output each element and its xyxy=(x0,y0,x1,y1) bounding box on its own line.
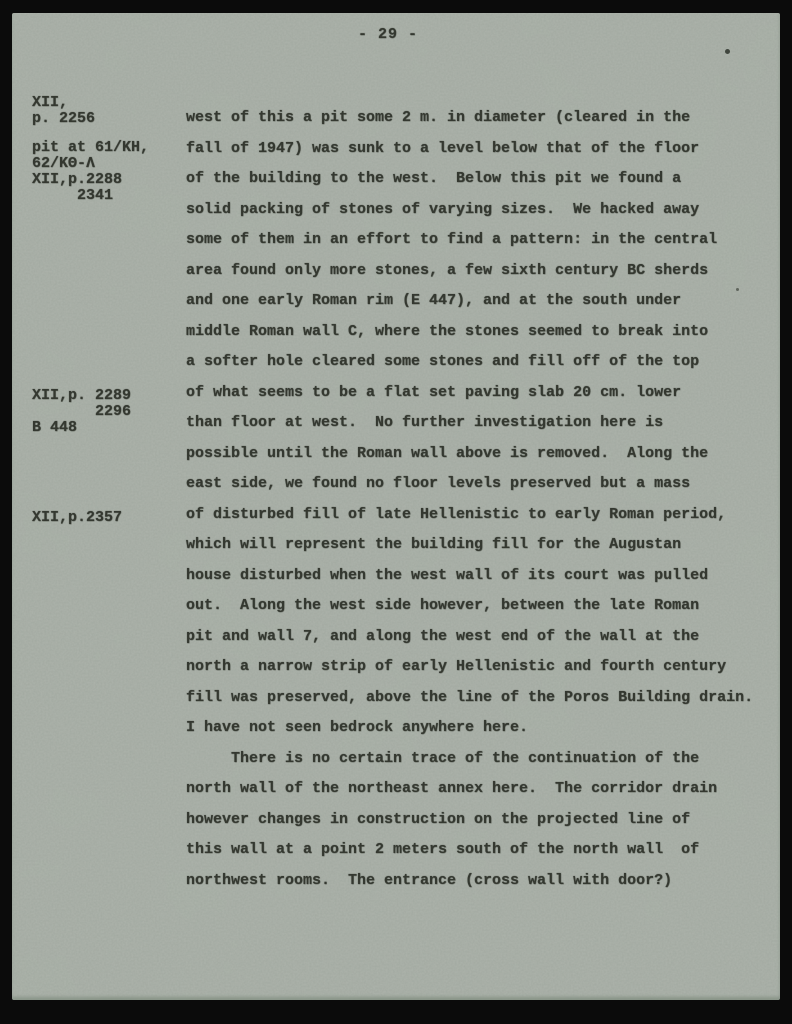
body-text-line: east side, we found no floor levels pres… xyxy=(186,469,771,500)
body-text-line: and one early Roman rim (E 447), and at … xyxy=(186,286,771,317)
body-text-line: of disturbed fill of late Hellenistic to… xyxy=(186,500,771,531)
body-text-line: northwest rooms. The entrance (cross wal… xyxy=(186,866,771,897)
margin-note-line: 2296 xyxy=(32,404,131,420)
body-text-line: however changes in construction on the p… xyxy=(186,805,771,836)
margin-note-line: XII,p.2357 xyxy=(32,510,122,526)
body-text-line: some of them in an effort to find a patt… xyxy=(186,225,771,256)
body-text-line: than floor at west. No further investiga… xyxy=(186,408,771,439)
body-text-line: possible until the Roman wall above is r… xyxy=(186,439,771,470)
body-text-line: middle Roman wall C, where the stones se… xyxy=(186,317,771,348)
ink-speck xyxy=(725,49,730,54)
body-text-line: fill was preserved, above the line of th… xyxy=(186,683,771,714)
body-text-line: of what seems to be a flat set paving sl… xyxy=(186,378,771,409)
margin-note-group-pit-location: pit at 61/KH,62/KΘ-ΛXII,p.2288 2341 xyxy=(32,140,149,204)
margin-note-line: B 448 xyxy=(32,420,131,436)
margin-note-group-references-3: XII,p.2357 xyxy=(32,510,122,526)
body-text-line: area found only more stones, a few sixth… xyxy=(186,256,771,287)
body-text-line: fall of 1947) was sunk to a level below … xyxy=(186,134,771,165)
body-text-line: of the building to the west. Below this … xyxy=(186,164,771,195)
body-text-line: north a narrow strip of early Hellenisti… xyxy=(186,652,771,683)
body-text-line: this wall at a point 2 meters south of t… xyxy=(186,835,771,866)
body-text-line: north wall of the northeast annex here. … xyxy=(186,774,771,805)
body-text-line: out. Along the west side however, betwee… xyxy=(186,591,771,622)
ink-speck xyxy=(736,288,739,291)
margin-note-line: p. 2256 xyxy=(32,111,95,127)
margin-note-line: 62/KΘ-Λ xyxy=(32,156,149,172)
body-text-line: I have not seen bedrock anywhere here. xyxy=(186,713,771,744)
margin-note-group-references-1: XII,p. 2256 xyxy=(32,95,95,127)
body-text-line: which will represent the building fill f… xyxy=(186,530,771,561)
body-text-line: a softer hole cleared some stones and fi… xyxy=(186,347,771,378)
margin-note-line: XII,p. 2289 xyxy=(32,388,131,404)
body-text-line: pit and wall 7, and along the west end o… xyxy=(186,622,771,653)
body-text-line: west of this a pit some 2 m. in diameter… xyxy=(186,103,771,134)
typewritten-body-text: west of this a pit some 2 m. in diameter… xyxy=(186,103,771,896)
margin-note-line: 2341 xyxy=(32,188,149,204)
margin-note-line: XII, xyxy=(32,95,95,111)
margin-note-group-references-2: XII,p. 2289 2296B 448 xyxy=(32,388,131,436)
scanned-page-background: - 29 - XII,p. 2256 pit at 61/KH,62/KΘ-ΛX… xyxy=(0,0,792,1024)
margin-note-line: pit at 61/KH, xyxy=(32,140,149,156)
body-text-line: house disturbed when the west wall of it… xyxy=(186,561,771,592)
paper-sheet: - 29 - XII,p. 2256 pit at 61/KH,62/KΘ-ΛX… xyxy=(12,13,780,1000)
body-text-line: solid packing of stones of varying sizes… xyxy=(186,195,771,226)
margin-note-line: XII,p.2288 xyxy=(32,172,149,188)
body-text-line: There is no certain trace of the continu… xyxy=(186,744,771,775)
page-number: - 29 - xyxy=(358,27,418,43)
